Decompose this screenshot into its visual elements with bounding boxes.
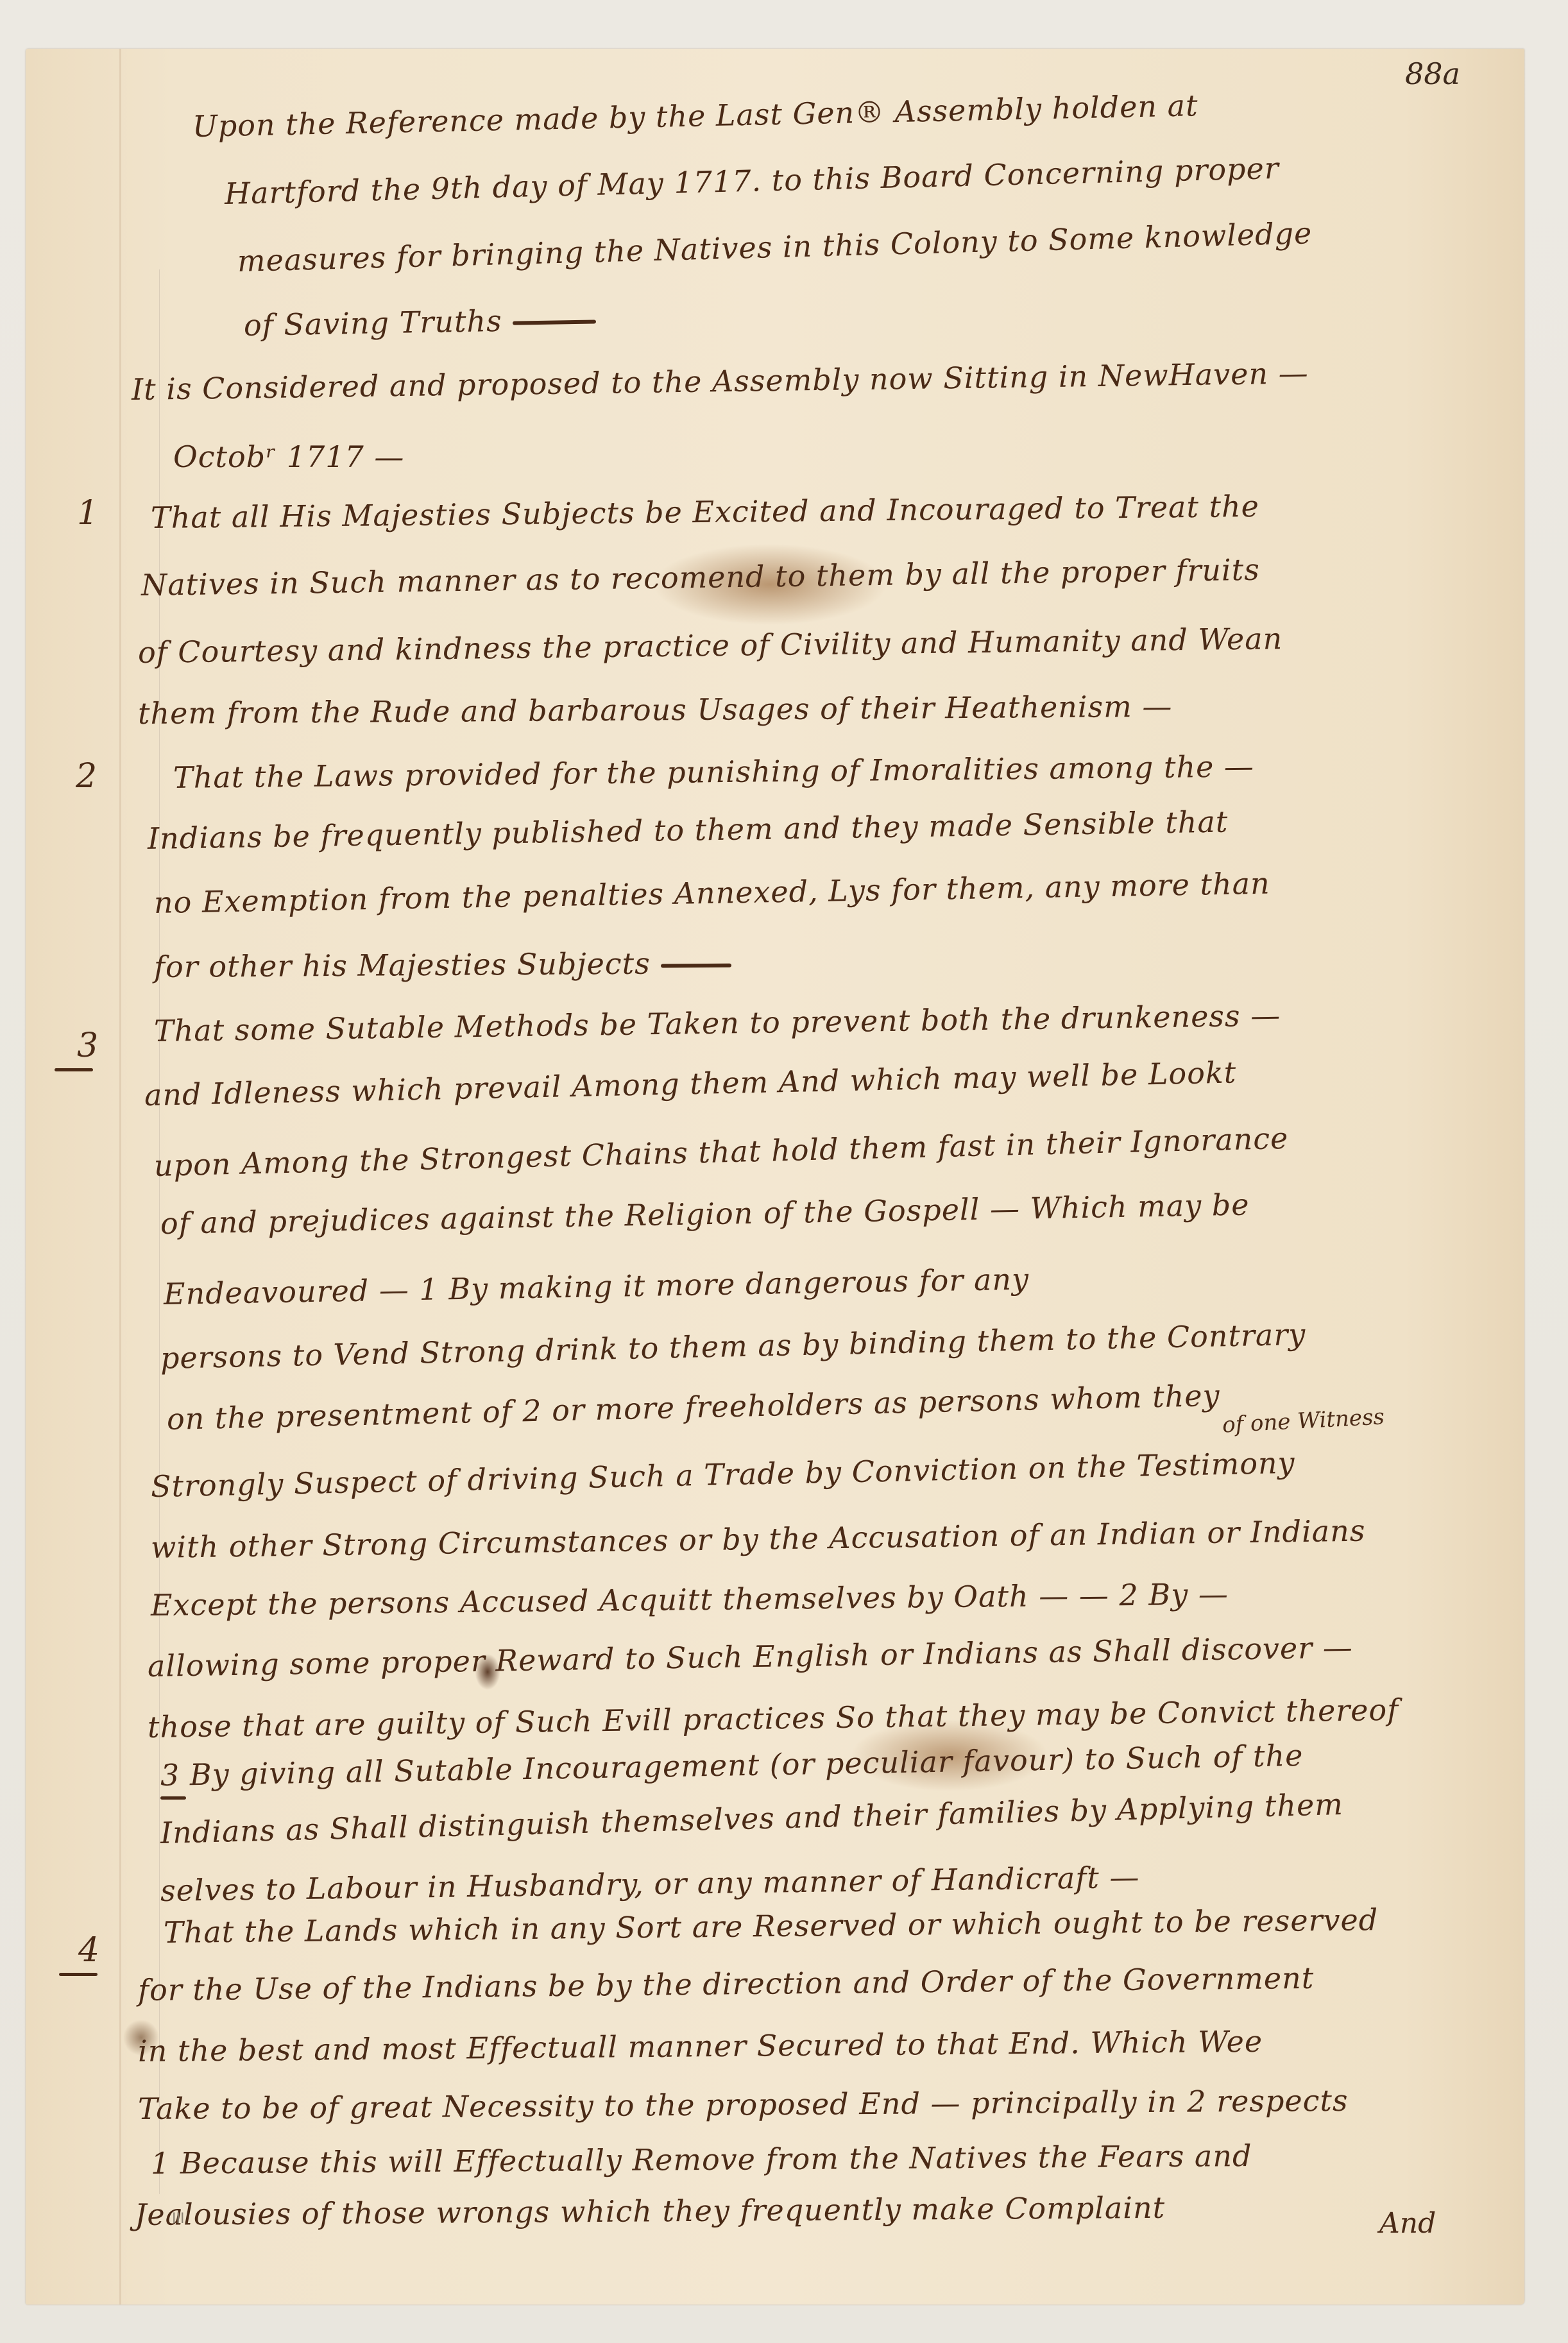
section-number: 4 [78,1931,99,1970]
section-4-line: Jealousies of those wrongs which they fr… [135,2190,1165,2232]
section-2-line: for other his Majesties Subjects [154,946,731,984]
heading-line-text: of Saving Truths [244,303,503,343]
folio-number: 88a [1405,56,1460,91]
section-number: 3 [77,1027,98,1065]
heading-line: of Saving Truths [244,302,597,343]
pencil-mark: III [172,2211,184,2227]
margin-underline [160,1796,186,1800]
margin-underline [59,1973,98,1976]
intro-date: Octobʳ 1717 — [173,439,404,474]
paper-fold-crease [119,49,121,2305]
line-flourish [513,319,596,325]
margin-underline [55,1068,93,1071]
section-number: 2 [76,757,97,796]
catchword: And [1379,2207,1436,2240]
line-flourish [661,964,731,968]
section-2-line-text: for other his Majesties Subjects [154,946,651,984]
section-number: 1 [77,494,98,532]
section-1-line: them from the Rude and barbarous Usages … [138,689,1173,731]
margin-ruling-line [159,269,160,2194]
